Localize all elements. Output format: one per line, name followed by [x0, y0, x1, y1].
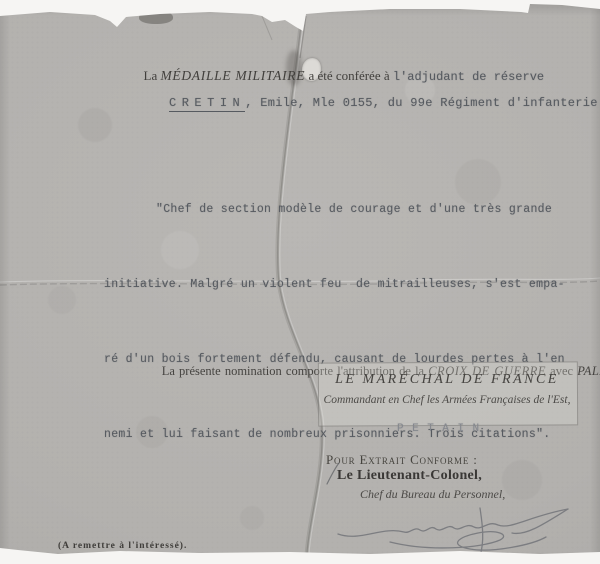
- footer-note: (A remettre à l'intéressé).: [58, 541, 187, 551]
- paper-sheet: La MÉDAILLE MILITAIRE a été conférée à l…: [0, 0, 600, 564]
- marshal-title: LE MARÉCHAL DE FRANCE: [318, 372, 576, 388]
- recipient-line: CRETIN, Emile, Mle 0155, du 99e Régiment…: [124, 82, 600, 124]
- pen-slash-mark: [325, 462, 341, 486]
- officer-title: Le Lieutenant-Colonel,: [337, 468, 482, 484]
- marshal-subtitle: Commandant en Chef les Armées Françaises…: [318, 394, 576, 406]
- award-palme: PALME.: [577, 364, 600, 378]
- extract-heading: Pour Extrait Conforme :: [326, 452, 478, 468]
- document-photo: La MÉDAILLE MILITAIRE a été conférée à l…: [0, 0, 600, 564]
- citation-line-1: "Chef de section modèle de courage et d'…: [104, 197, 574, 222]
- signature: [330, 496, 580, 558]
- citation-paragraph: "Chef de section modèle de courage et d'…: [104, 147, 574, 497]
- recipient-name: CRETIN: [169, 96, 245, 112]
- medal-name: MÉDAILLE MILITAIRE: [160, 68, 305, 83]
- marshal-signature-name: PETAIN: [397, 423, 488, 435]
- citation-line-2: initiative. Malgré un violent feu de mit…: [104, 272, 574, 297]
- intro-printed-2: a été conférée à: [305, 68, 393, 83]
- intro-printed-1: La: [144, 68, 161, 83]
- recipient-details: , Emile, Mle 0155, du 99e Régiment d'inf…: [245, 96, 600, 110]
